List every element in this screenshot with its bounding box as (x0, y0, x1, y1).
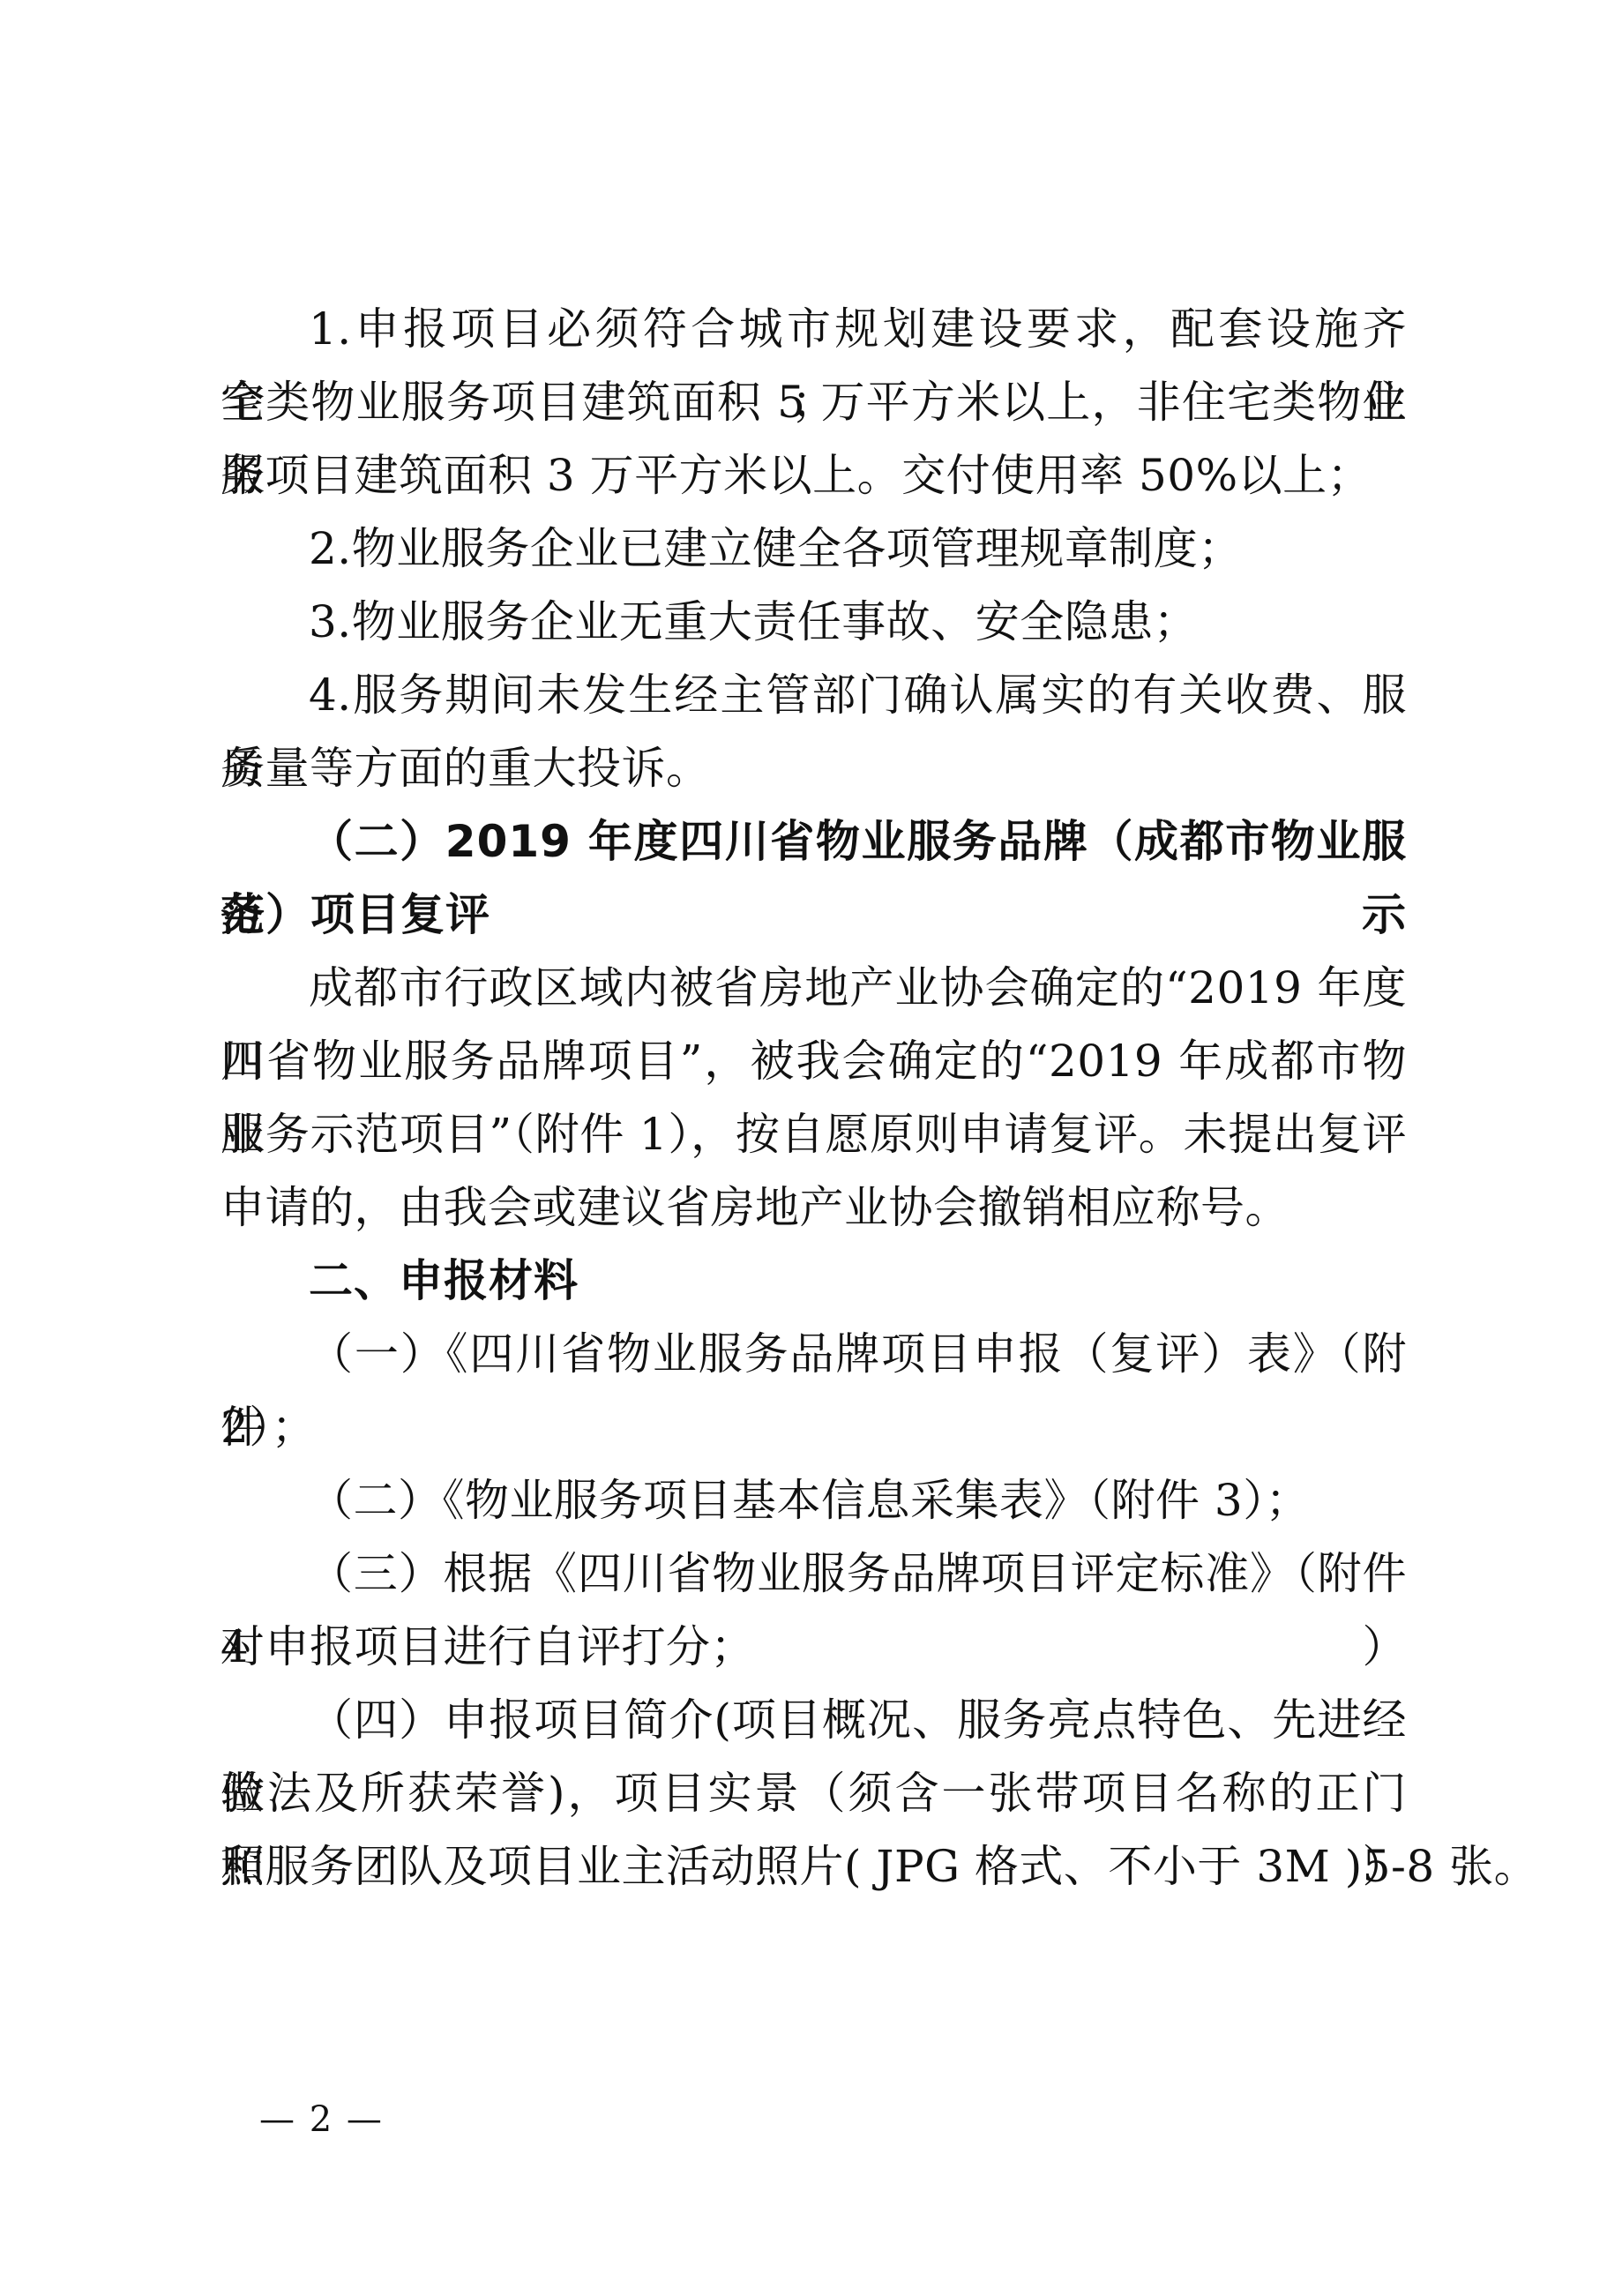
text-line: 成都市行政区域内被省房地产业协会确定的“2019 年度四 (221, 952, 1407, 1025)
text-line: （三）根据《四川省物业服务品牌项目评定标准》（附件 4） (221, 1537, 1407, 1611)
text-line: 2.物业服务企业已建立健全各项管理规章制度； (221, 512, 1407, 586)
heading-line: （二）2019 年度四川省物业服务品牌（成都市物业服务示 (221, 805, 1407, 879)
text-line: （二）《物业服务项目基本信息采集表》（附件 3）； (221, 1464, 1407, 1537)
text-line: 宅类物业服务项目建筑面积 5 万平方米以上，非住宅类物业服 (221, 366, 1407, 439)
text-line: （四）申报项目简介(项目概况、服务亮点特色、先进经验 (221, 1684, 1407, 1757)
page-number: — 2 — (259, 2100, 384, 2139)
text-line: 和服务团队及项目业主活动照片( JPG 格式、不小于 3M )5-8 张。 (221, 1830, 1407, 1903)
text-line: 3.物业服务企业无重大责任事故、安全隐患； (221, 586, 1407, 659)
text-line: 质量等方面的重大投诉。 (221, 732, 1407, 805)
document-page: 1.申报项目必须符合城市规划建设要求，配套设施齐全；住宅类物业服务项目建筑面积 … (0, 0, 1622, 2296)
document-body: 1.申报项目必须符合城市规划建设要求，配套设施齐全；住宅类物业服务项目建筑面积 … (221, 293, 1407, 1903)
text-line: 4.服务期间未发生经主管部门确认属实的有关收费、服务 (221, 659, 1407, 732)
text-line: 1.申报项目必须符合城市规划建设要求，配套设施齐全；住 (221, 293, 1407, 366)
text-line: 申请的，由我会或建议省房地产业协会撤销相应称号。 (221, 1171, 1407, 1245)
text-line: 2）； (221, 1391, 1407, 1464)
text-line: （一）《四川省物业服务品牌项目申报（复评）表》（附件 (221, 1318, 1407, 1391)
text-line: 务项目建筑面积 3 万平方米以上。交付使用率 50%以上； (221, 439, 1407, 512)
text-line: 服务示范项目”（附件 1），按自愿原则申请复评。未提出复评 (221, 1098, 1407, 1171)
heading-line: 二、申报材料 (221, 1245, 1407, 1318)
text-line: 做法及所获荣誉)，项目实景（须含一张带项目名称的正门照） (221, 1757, 1407, 1830)
text-line: 川省物业服务品牌项目”，被我会确定的“2019 年成都市物业 (221, 1025, 1407, 1098)
